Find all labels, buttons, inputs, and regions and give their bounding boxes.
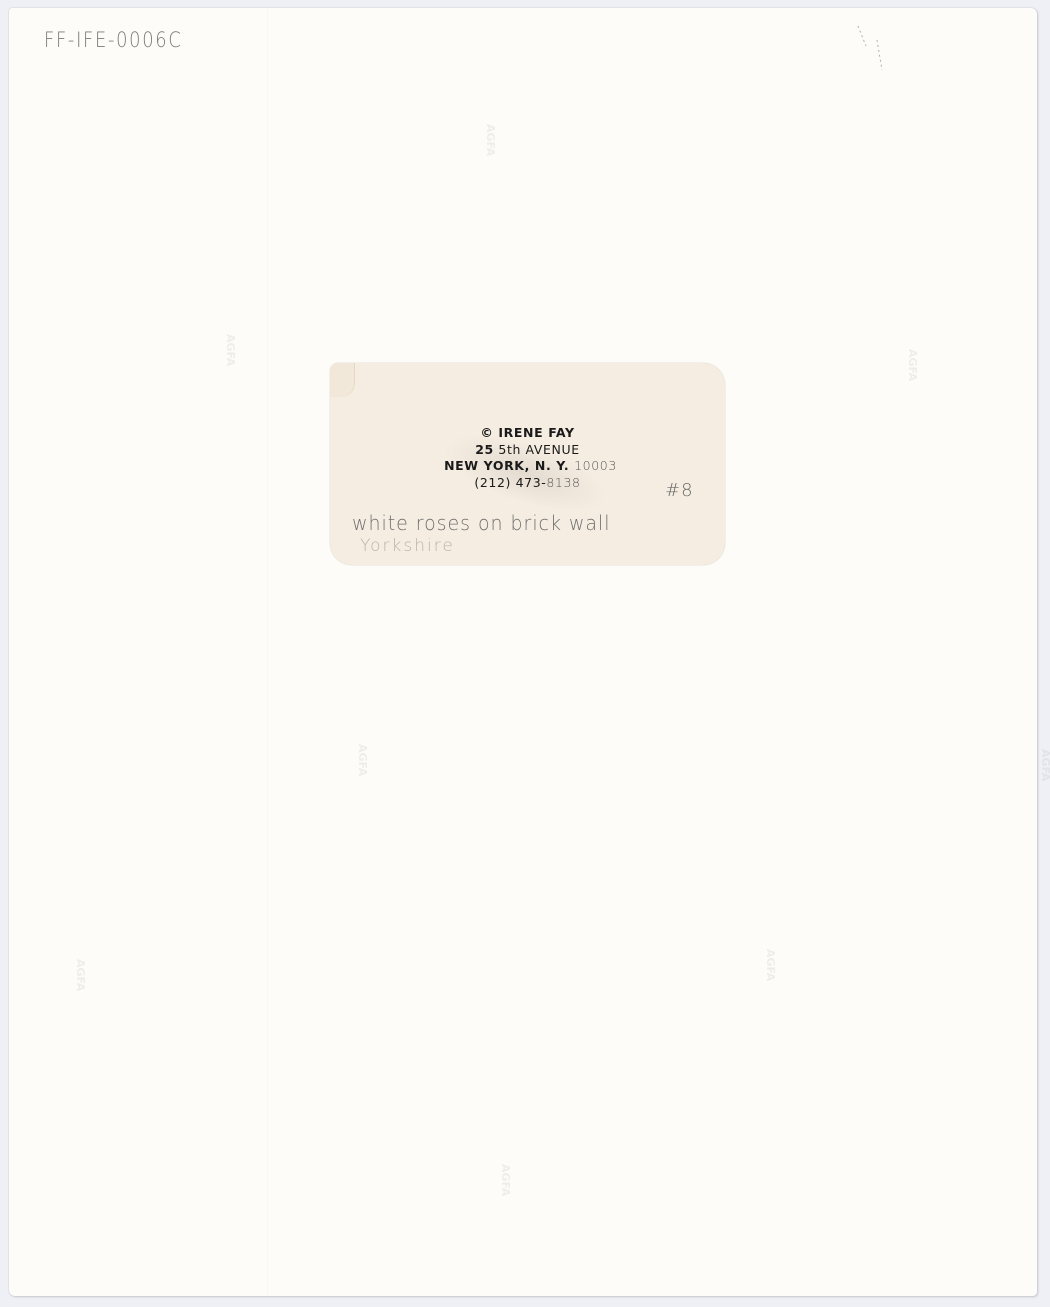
handwritten-number: #8 [665, 480, 694, 501]
watermark-logo-icon: AGFA [198, 334, 236, 360]
stamp-street-line: 25 5th AVENUE [330, 442, 725, 459]
watermark-logo-icon: AGFA [48, 959, 86, 985]
catalog-id-handwritten: FF-IFE-0006C [44, 28, 183, 52]
phone-suffix: 8138 [546, 475, 580, 490]
watermark-logo-icon: AGFA [473, 1164, 511, 1190]
watermark-logo-icon: AGFA [330, 744, 368, 770]
watermark-logo-icon: AGFA [1013, 749, 1050, 775]
photographer-label: © IRENE FAY 25 5th AVENUE NEW YORK, N. Y… [330, 363, 725, 565]
street-name: 5th AVENUE [498, 442, 579, 457]
phone-prefix: (212) 473- [474, 475, 546, 490]
pencil-mark [852, 22, 892, 72]
street-number: 25 [475, 442, 494, 457]
handwritten-place: Yorkshire [360, 536, 455, 556]
stamp-name-line: © IRENE FAY [330, 425, 725, 442]
watermark-logo-icon: AGFA [880, 349, 918, 375]
photo-back-paper: FF-IFE-0006C AGFA AGFA AGFA AGFA AGFA AG… [9, 8, 1037, 1296]
watermark-logo-icon: AGFA [738, 949, 776, 975]
stamp-city-line: NEW YORK, N. Y. 10003 [336, 458, 725, 475]
handwritten-title: white roses on brick wall [352, 511, 610, 535]
photographer-name: IRENE FAY [498, 425, 574, 440]
zip-code: 10003 [574, 458, 617, 473]
copyright-icon: © [480, 425, 493, 440]
watermark-logo-icon: AGFA [458, 124, 496, 150]
city: NEW YORK, N. Y. [444, 458, 569, 473]
